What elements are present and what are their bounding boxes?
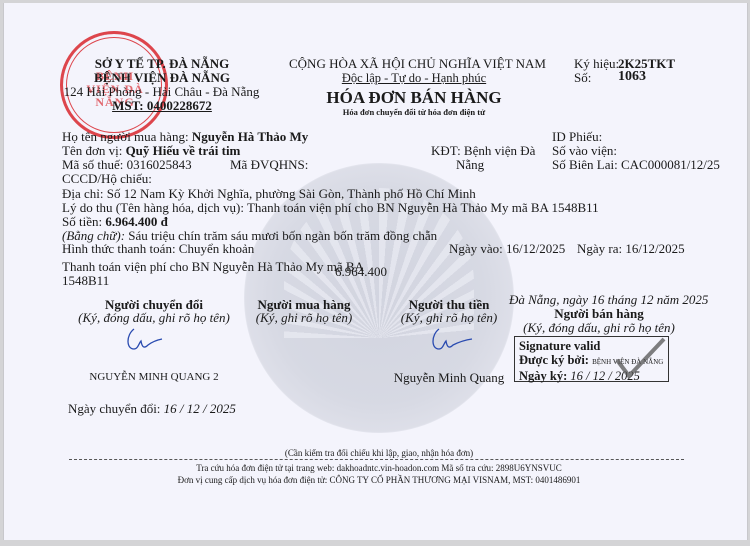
number-label: Số: <box>574 70 591 86</box>
buyer-name-value: Nguyễn Hà Thảo My <box>192 129 308 144</box>
date-in: Ngày vào: 16/12/2025 <box>449 241 565 257</box>
issuer-tax-code: MST: 0400228672 <box>72 98 252 114</box>
converter-name: NGUYỄN MINH QUANG 2 <box>64 371 244 383</box>
amount-value: 6.964.400 đ <box>105 214 167 229</box>
conversion-date-value: 16 / 12 / 2025 <box>164 401 236 416</box>
footer-provider: Đơn vị cung cấp dịch vụ hóa đơn điện tử:… <box>104 475 654 485</box>
buyer-dvqhns: Mã ĐVQHNS: <box>230 157 308 173</box>
buyer-unit-value: Quỹ Hiếu về trái tim <box>126 143 241 158</box>
nation-title: CỘNG HÒA XÃ HỘI CHỦ NGHĨA VIỆT NAM <box>289 56 539 72</box>
conversion-date-row: Ngày chuyển đổi: 16 / 12 / 2025 <box>68 401 236 417</box>
buyer-name-label: Họ tên người mua hàng: <box>62 129 189 144</box>
amount-label: Số tiền: <box>62 214 102 229</box>
date-out: Ngày ra: 16/12/2025 <box>577 241 685 257</box>
receipt-no: Số Biên Lai: CAC000081/12/25 <box>552 157 720 173</box>
buyer-id: CCCD/Hộ chiếu: <box>62 171 152 187</box>
invoice-subtitle: Hóa đơn chuyển đổi từ hóa đơn điện tử <box>289 107 539 117</box>
number-value: 1063 <box>618 69 646 85</box>
collector-signature-icon <box>429 325 473 355</box>
checkmark-icon <box>609 336 669 382</box>
motto: Độc lập - Tự do - Hạnh phúc <box>289 71 539 86</box>
buyer-unit-label: Tên đơn vị: <box>62 143 122 158</box>
invoice-title: HÓA ĐƠN BÁN HÀNG <box>289 88 539 108</box>
collector-note: (Ký, ghi rõ họ tên) <box>389 310 509 326</box>
kdt-line2: Nẵng <box>456 157 484 173</box>
invoice-page: BỆNH VIỆN ĐÀ NẴNG SỞ Y TẾ TP. ĐÀ NẴNG BỆ… <box>3 3 748 540</box>
signed-by-label: Được ký bởi: <box>519 353 589 367</box>
line-item-desc-2: 1548B11 <box>62 273 109 289</box>
sign-date-label: Ngày ký: <box>519 369 567 383</box>
footer-lookup: Tra cứu hóa đơn điện tử tại trang web: d… <box>104 463 654 473</box>
payment-method: Hình thức thanh toán: Chuyển khoản <box>62 241 254 257</box>
conversion-date-label: Ngày chuyển đổi: <box>68 401 160 416</box>
converter-signature-icon <box>124 325 164 355</box>
converter-note: (Ký, đóng dấu, ghi rõ họ tên) <box>64 310 244 326</box>
line-item-amount: 6.964.400 <box>335 264 387 280</box>
collector-name: Nguyễn Minh Quang <box>389 370 509 386</box>
footer-check-note: (Cần kiểm tra đối chiếu khi lập, giao, n… <box>154 448 604 458</box>
footer-divider <box>69 459 684 460</box>
seller-note: (Ký, đóng dấu, ghi rõ họ tên) <box>509 320 689 336</box>
buyer-sign-note: (Ký, ghi rõ họ tên) <box>234 310 374 326</box>
